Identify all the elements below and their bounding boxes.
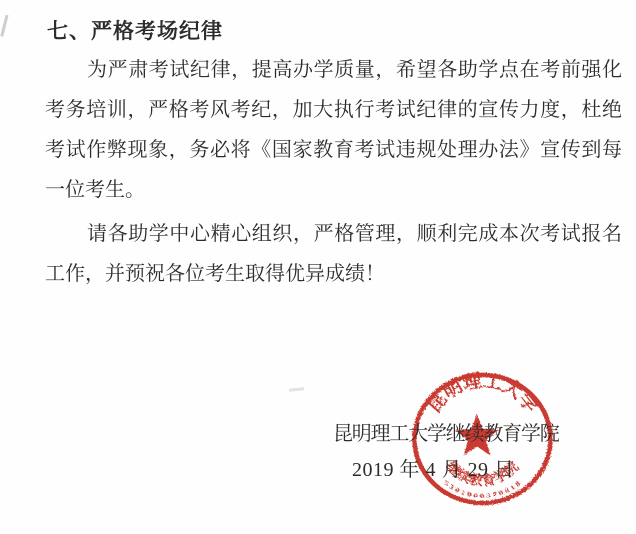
paragraph-line: 工作，并预祝各位考生取得优异成绩！ [45,254,622,294]
scan-artifact-left-edge [0,13,9,37]
paragraph-line: 一位考生。 [45,170,622,210]
paragraph-line: 考试作弊现象，务必将《国家教育考试违规处理办法》宣传到每 [45,130,622,170]
paragraph-line: 请各助学中心精心组织，严格管理，顺利完成本次考试报名 [45,214,622,254]
section-heading: 七、严格考场纪律 [47,16,223,46]
paragraph-exam-discipline: 为严肃考试纪律，提高办学质量，希望各助学点在考前强化 考务培训，严格考风考纪，加… [45,50,622,210]
document-page: 七、严格考场纪律 为严肃考试纪律，提高办学质量，希望各助学点在考前强化 考务培训… [0,0,636,534]
paragraph-line: 考务培训，严格考风考纪，加大执行考试纪律的宣传力度，杜绝 [45,90,622,130]
scan-artifact-smudge [289,387,304,392]
paragraph-line: 为严肃考试纪律，提高办学质量，希望各助学点在考前强化 [45,50,622,90]
issuer-signature: 昆明理工大学继续教育学院 [333,420,559,448]
issue-date: 2019 年 4 月 29 日 [352,456,515,484]
paragraph-closing-wishes: 请各助学中心精心组织，严格管理，顺利完成本次考试报名 工作，并预祝各位考生取得优… [45,214,622,294]
